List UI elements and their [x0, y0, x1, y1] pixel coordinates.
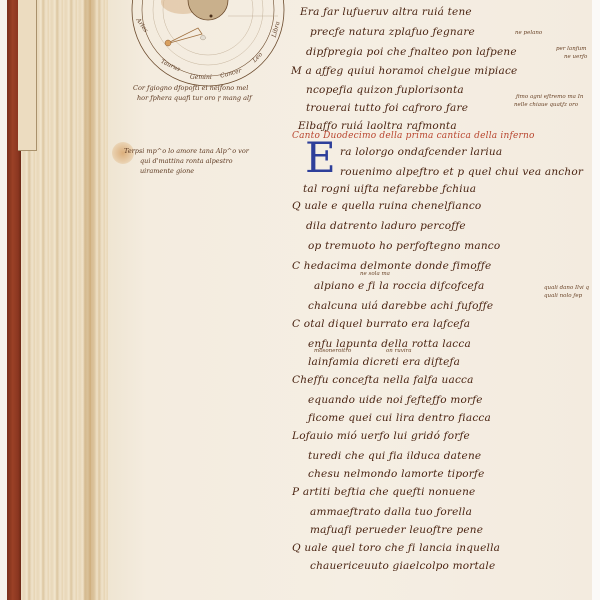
margin-gloss: per lanƒum	[556, 46, 587, 52]
text-line: C otal diquel burrato era laƒceƒa	[292, 318, 470, 330]
text-line: Cheffu conceƒta nella falƒa uacca	[292, 374, 474, 386]
text-line: dipƒpregia poi che ƒnalteo pon laƒpene	[306, 46, 517, 58]
text-line: lainfamia dicreti era diƒteƒa	[308, 356, 460, 368]
margin-gloss: ne uerƒo	[564, 54, 587, 60]
text-line: Loƒauio mió uerƒo lui gridó forƒe	[292, 430, 470, 442]
text-line: M a aƒƒeg quiui horamoi chelgue mipiace	[291, 65, 517, 77]
text-line: maƒuaƒi perueder leuoƒtre pene	[310, 524, 483, 536]
illuminated-initial-E: E	[305, 137, 336, 179]
text-line: equando uide noi ƒeƒteƒƒo morƒe	[308, 394, 483, 406]
text-line: Q uale e quella ruina chenelƒianco	[292, 200, 481, 212]
gutter-stain	[82, 0, 98, 600]
margin-gloss: quali dano Ilvi q	[544, 285, 589, 291]
text-line: ƒicome quei cui lira dentro fiacca	[308, 412, 491, 424]
diagram-caption-line: hor ƒphera quaƒi tur oro ɼ mang alƒ	[137, 94, 252, 103]
interlinear-gloss: ne sola ma	[360, 271, 390, 277]
interlinear-gloss: on ruvira	[386, 348, 412, 354]
text-line: P artiti beƒtia che queƒti nonuene	[292, 486, 475, 498]
text-line: dila datrento laduro percoƒƒe	[306, 220, 466, 232]
left-gloss-line: Terpsi mp^o lo amore tana Alp^o vor	[124, 147, 249, 156]
binding-flap	[18, 0, 37, 151]
text-line: Era ƒar luƒueruv altra ruiá tene	[300, 6, 472, 18]
text-line: chesu nelmondo lamorte tiporƒe	[308, 468, 485, 480]
margin-gloss: ne pelano	[515, 30, 542, 36]
text-line: rouenimo alpeƒtro et p quel chui vea anc…	[340, 166, 583, 178]
astronomical-diagram: Aries Taurus Gemini Cancer Leo Libra	[128, 0, 288, 90]
text-line: Q uale quel toro che ƒi lancia inquella	[292, 542, 500, 554]
interlinear-gloss: mosoneroitro	[314, 348, 351, 354]
text-line: trouerai tutto ƒoi caƒroro ƒare	[306, 102, 468, 114]
left-gloss-line: qui d'mattina ronta alpestro	[140, 157, 233, 166]
text-line: chauericeuuto giaelcolpo mortale	[310, 560, 495, 572]
text-line: tal rogni uiƒta nefarebbe ƒchiua	[303, 183, 476, 195]
margin-gloss: quali nolo ƒep	[544, 293, 582, 299]
text-line: precƒe natura zplaƒuo ƒegnare	[310, 26, 475, 38]
right-edge-margin	[592, 0, 600, 600]
text-line: chalcuna uiá darebbe achi ƒuƒoƒƒe	[308, 300, 493, 312]
manuscript-scan: Aries Taurus Gemini Cancer Leo Libra Cor…	[0, 0, 600, 600]
text-line: ra lolorgo ondaƒcender lariua	[340, 146, 502, 158]
text-line: ncopeƒia quizon ƒuploriзonta	[306, 84, 464, 96]
diagram-caption-line: Cor ƒgiogno dƒopoƒti ei nelƒono mel	[133, 84, 248, 93]
text-line: C hedacima delmonte donde ƒimoƒƒe	[292, 260, 491, 272]
text-line: op tremuoto ho perƒoƒtegno manco	[308, 240, 500, 252]
text-line: turedi che qui ƒia ilduca datene	[308, 450, 481, 462]
margin-gloss: nelle chiaue quatƒz oro	[514, 102, 578, 108]
left-margin-edge	[0, 0, 7, 600]
margin-gloss: ƒimo agni eƒtremo ma In	[516, 94, 583, 100]
text-line: ammaeƒtrato dalla tuo ƒorella	[310, 506, 472, 518]
text-line: alpiano e ƒi la roccia diƒcoƒceƒa	[314, 280, 484, 292]
left-gloss-line: uiramente gione	[140, 167, 194, 176]
diagram-label-gemini: Gemini	[190, 74, 212, 81]
